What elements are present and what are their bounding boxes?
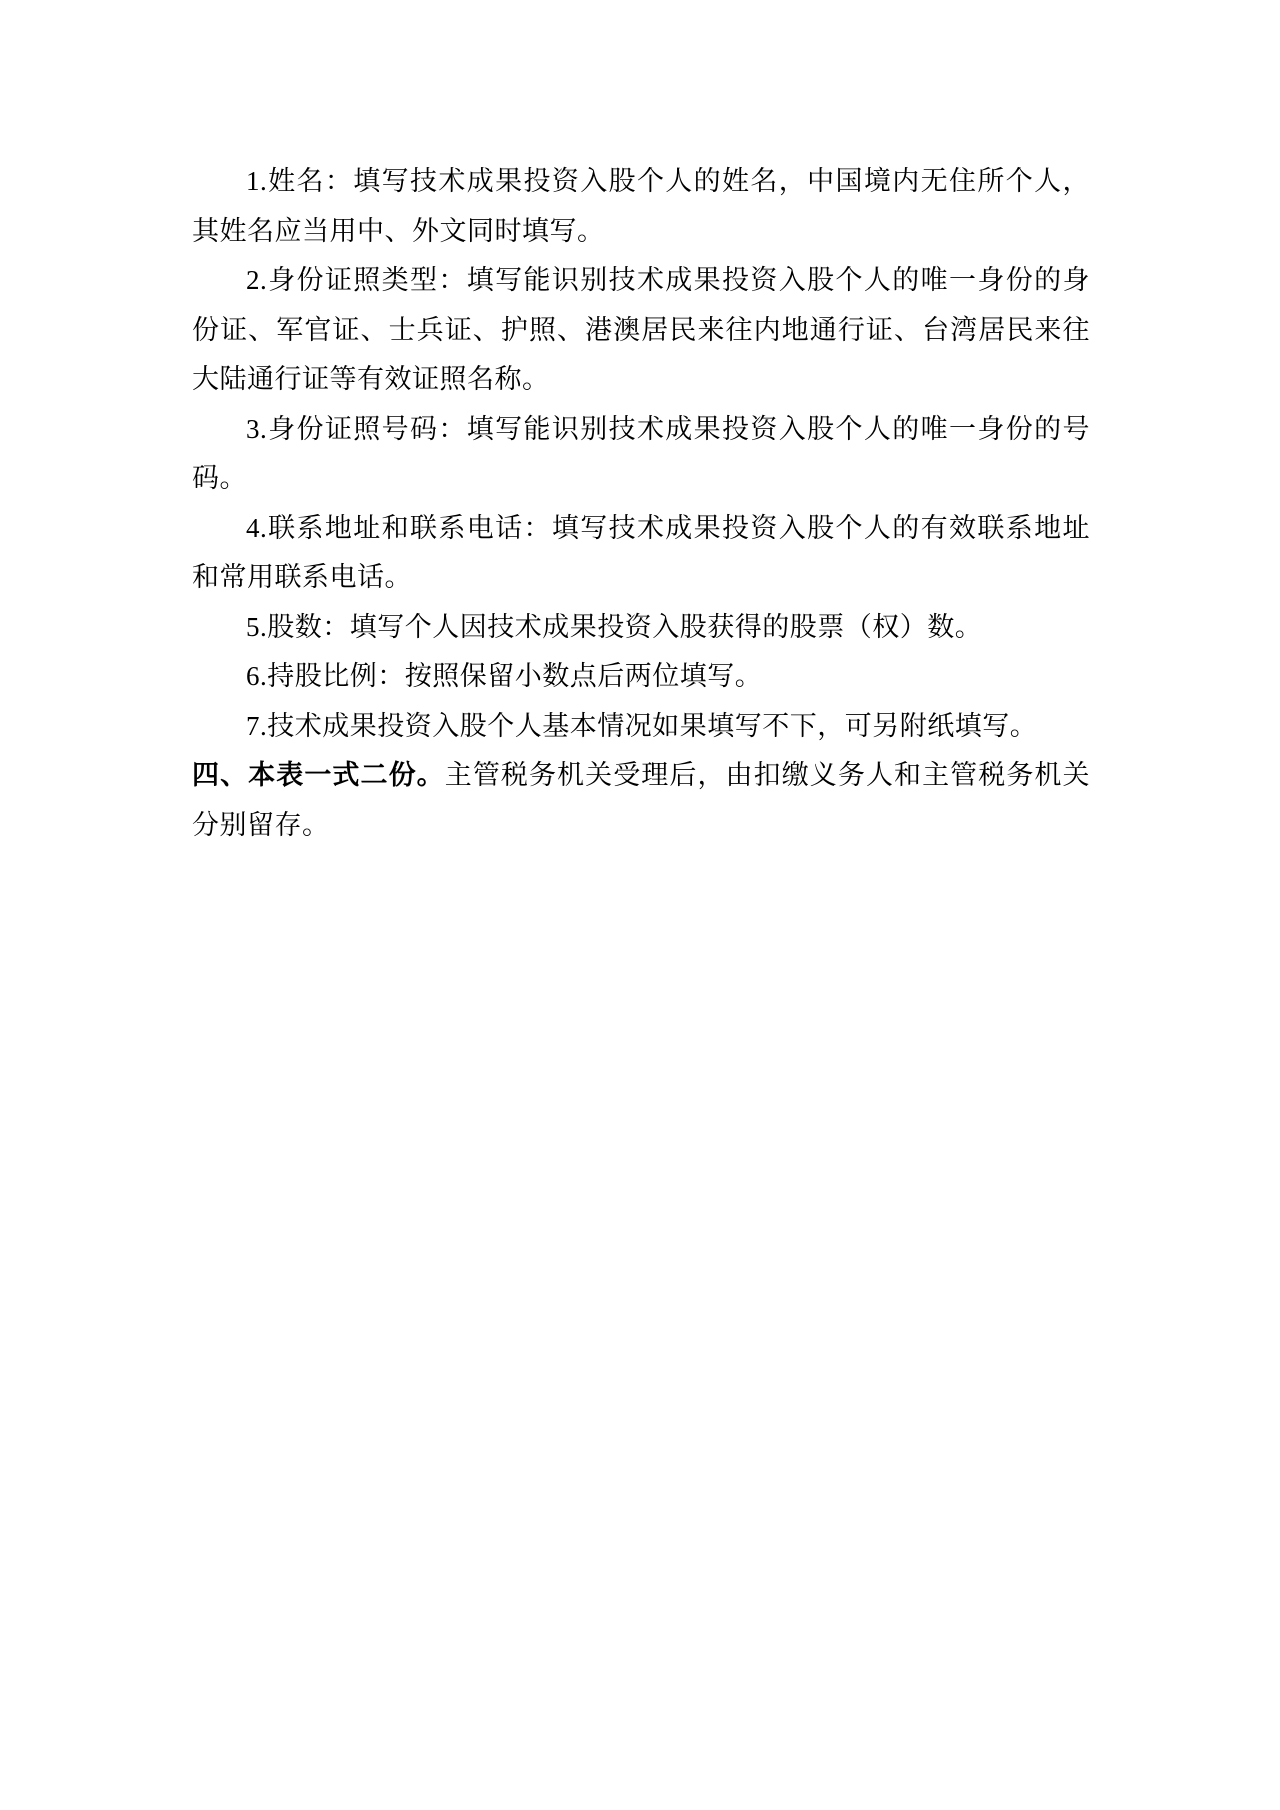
instruction-item-5: 5.股数：填写个人因技术成果投资入股获得的股票（权）数。 xyxy=(192,603,1090,653)
instruction-item-7: 7.技术成果投资入股个人基本情况如果填写不下，可另附纸填写。 xyxy=(192,702,1090,752)
instruction-item-3: 3.身份证照号码：填写能识别技术成果投资入股个人的唯一身份的号码。 xyxy=(192,405,1090,504)
instruction-item-2: 2.身份证照类型：填写能识别技术成果投资入股个人的唯一身份的身份证、军官证、士兵… xyxy=(192,256,1090,405)
closing-paragraph-lead: 四、本表一式二份。 xyxy=(192,760,445,790)
instructions-section: 1.姓名：填写技术成果投资入股个人的姓名，中国境内无住所个人，其姓名应当用中、外… xyxy=(192,157,1090,850)
instruction-item-6: 6.持股比例：按照保留小数点后两位填写。 xyxy=(192,652,1090,702)
instruction-item-1: 1.姓名：填写技术成果投资入股个人的姓名，中国境内无住所个人，其姓名应当用中、外… xyxy=(192,157,1090,256)
instruction-item-4: 4.联系地址和联系电话：填写技术成果投资入股个人的有效联系地址和常用联系电话。 xyxy=(192,504,1090,603)
closing-paragraph: 四、本表一式二份。主管税务机关受理后，由扣缴义务人和主管税务机关分别留存。 xyxy=(192,751,1090,850)
document-page: 1.姓名：填写技术成果投资入股个人的姓名，中国境内无住所个人，其姓名应当用中、外… xyxy=(0,0,1280,1810)
